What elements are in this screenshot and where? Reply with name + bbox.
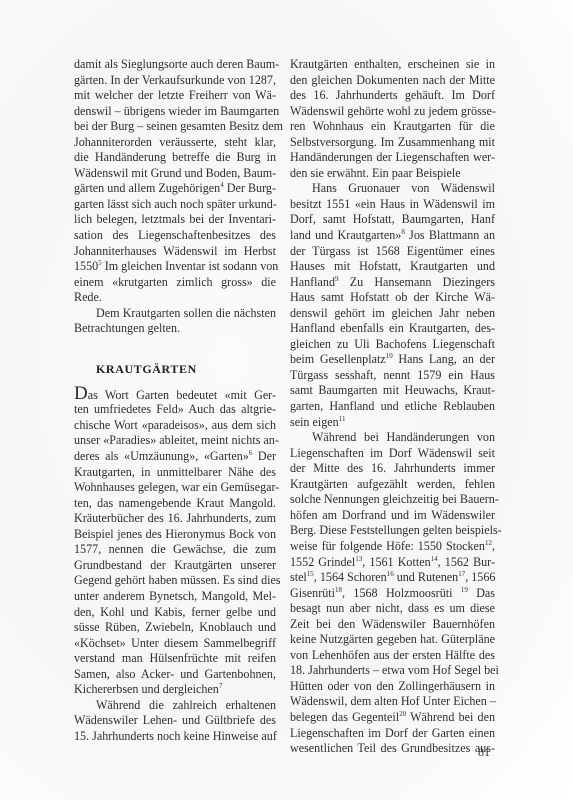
text-line: besagt nun aber nicht, dass es um diese bbox=[290, 601, 495, 617]
text-line: Hauses mit Hofstatt, Krautgarten und bbox=[290, 259, 495, 275]
text: und Rutenen bbox=[394, 570, 459, 584]
text-line: Johanniterhauses Wädenswil im Herbst bbox=[74, 244, 276, 260]
text-line: garten, Hanfland und etliche Reblauben bbox=[290, 399, 495, 415]
text-line: solche Nennungen gleichzeitig bei Bauern… bbox=[290, 492, 495, 508]
text: Wädenswil, dem alten Hof Unter Eichen – bbox=[290, 694, 496, 708]
text-line: Wohnhauses gelegen, war ein Gemüsegar- bbox=[74, 480, 276, 496]
text: Der Burg- bbox=[224, 181, 276, 195]
text: denswil gehört im gleichen Jahr neben bbox=[290, 306, 495, 320]
footnote-ref: 14 bbox=[431, 555, 438, 563]
text-line: Zeit bei den Wädenswiler Bauernhöfen bbox=[290, 617, 495, 633]
text-line: verstand man Hülsenfrüchte mit reifen bbox=[74, 651, 276, 667]
text: gärten und allem Zugehörigen bbox=[74, 181, 220, 195]
text: keine Nutzgärten gegeben hat. Güterpläne bbox=[290, 632, 495, 646]
text: Hans Lang, an der bbox=[393, 352, 495, 366]
footnote-ref: 18 bbox=[335, 586, 342, 594]
text: Kichererbsen und dergleichen bbox=[74, 682, 219, 696]
text: Zu Hansemann Diezingers bbox=[339, 275, 496, 289]
text-line: gleichen zu Uli Bachofens Liegenschaft bbox=[290, 337, 495, 353]
left-column: damit als Sieglungsorte auch deren Baum-… bbox=[74, 57, 276, 744]
text-line: 18. Jahrhunderts – etwa vom Hof Segel be… bbox=[290, 663, 495, 679]
text-line: sation des Liegenschaftenbesitzes des bbox=[74, 228, 276, 244]
footnote-ref: 12 bbox=[485, 539, 492, 547]
text-line: Wädenswil, dem alten Hof Unter Eichen – bbox=[290, 694, 495, 710]
text: , 1561 Kotten bbox=[362, 555, 430, 569]
text-line: Handänderungen der Liegenschaften wer- bbox=[290, 150, 495, 166]
text: des 16. Jahrhunderts gehäuft. Im Dorf bbox=[290, 88, 495, 102]
text: weise für folgende Höfe: 1550 Stocken bbox=[290, 539, 485, 553]
section-heading: KRAUTGÄRTEN bbox=[74, 359, 276, 379]
text-line: ten, das namengebende Kraut Mangold. bbox=[74, 496, 276, 512]
text-line: 15. Jahrhunderts noch keine Hinweise auf bbox=[74, 729, 276, 745]
text-line: unser «Paradies» ableitet, meint nichts … bbox=[74, 433, 276, 449]
text-line: Selbstversorgung. Im Zusammenhang mit bbox=[290, 135, 495, 151]
text-line: keine Nutzgärten gegeben hat. Güterpläne bbox=[290, 632, 495, 648]
text-line: besitzt 1551 «ein Haus in Wädenswil im bbox=[290, 197, 495, 213]
text: Das bbox=[468, 586, 495, 600]
text-line: Während bei Handänderungen von bbox=[290, 430, 495, 446]
text-line: Gegend gehört haben müssen. Es sind dies bbox=[74, 573, 276, 589]
text-line: unter anderem Bynetsch, Mangold, Mel- bbox=[74, 589, 276, 605]
text-line: Gisenrüti18, 1568 Holzmoosrüti 19 Das bbox=[290, 586, 495, 602]
text-line: Das Wort Garten bedeutet «mit Ger- bbox=[74, 387, 276, 403]
footnote-ref: 15 bbox=[307, 570, 314, 578]
text: gleichen zu Uli Bachofens Liegenschaft bbox=[290, 337, 495, 351]
text-line: wesentlichen Teil des Grundbesitzes aus- bbox=[290, 741, 495, 757]
text-line: «Köchset» Unter diesem Sammelbegriff bbox=[74, 636, 276, 652]
text: sein eigen bbox=[290, 415, 339, 429]
text-line: sein eigen11 bbox=[290, 415, 495, 431]
text: as Wort Garten bedeutet «mit Ger- bbox=[88, 388, 276, 402]
spacer bbox=[74, 337, 276, 359]
text: Berg. Diese Feststellungen gelten beispi… bbox=[290, 523, 502, 537]
text-line: der Türgass ist 1568 Eigentümer eines bbox=[290, 244, 495, 260]
text: Hans Gruonauer von Wädenswil bbox=[312, 181, 495, 195]
text-line: einem «krutgarten zimlich gross» die bbox=[74, 275, 276, 291]
spacer bbox=[74, 379, 276, 387]
text: Während bei Handänderungen von bbox=[312, 430, 495, 444]
text-line: Haus samt Hofstatt ob der Kirche Wä- bbox=[290, 290, 495, 306]
text-line: ten umfriedetes Feld» Auch das altgrie- bbox=[74, 402, 276, 418]
text-line: Während die zahlreich erhaltenen bbox=[74, 698, 276, 714]
text-line: höfen am Dorfrand und im Wädenswiler bbox=[290, 508, 495, 524]
text-line: gärten und allem Zugehörigen4 Der Burg- bbox=[74, 181, 276, 197]
footnote-ref: 11 bbox=[339, 415, 346, 423]
text: , 1566 bbox=[465, 570, 495, 584]
text: Hütten oder von den Zollingerhäusern in bbox=[290, 679, 495, 693]
text: den sie erwähnt. Ein paar Beispiele bbox=[290, 166, 461, 180]
text: , 1562 Bur- bbox=[438, 555, 495, 569]
text: Handänderungen der Liegenschaften wer- bbox=[290, 150, 495, 164]
text: Im gleichen Inventar ist sodann von bbox=[102, 259, 279, 273]
text-line: Hanfland ebenfalls ein Krautgarten, des- bbox=[290, 321, 495, 337]
text-line: den sie erwähnt. Ein paar Beispiele bbox=[290, 166, 495, 182]
text: Jos Blattmann an bbox=[405, 228, 495, 242]
text-line: süsse Rüben, Zwiebeln, Knoblauch und bbox=[74, 620, 276, 636]
text-line: 15505 Im gleichen Inventar ist sodann vo… bbox=[74, 259, 276, 275]
text: ren Wohnhaus ein Krautgarten für die bbox=[290, 119, 495, 133]
text-line: Krautgärten aufgezählt werden, fehlen bbox=[290, 477, 495, 493]
text-line: Grundbestand der Krautgärten unserer bbox=[74, 558, 276, 574]
text: Hanfland ebenfalls ein Krautgarten, des- bbox=[290, 321, 495, 335]
text-line: weise für folgende Höfe: 1550 Stocken12, bbox=[290, 539, 495, 555]
text: Gisenrüti bbox=[290, 586, 335, 600]
text: Hanfland bbox=[290, 275, 335, 289]
text: beim Gesellenplatz bbox=[290, 352, 386, 366]
right-column: Krautgärten enthalten, erscheinen sie in… bbox=[290, 57, 495, 757]
text: der Türgass ist 1568 Eigentümer eines bbox=[290, 244, 495, 258]
text-line: gärten. In der Verkaufsurkunde von 1287, bbox=[74, 73, 276, 89]
text: Selbstversorgung. Im Zusammenhang mit bbox=[290, 135, 495, 149]
text: von Lehenhöfen aus der ersten Hälfte des bbox=[290, 648, 495, 662]
page-number: 81 bbox=[478, 745, 490, 760]
text: Dorf, samt Hofstatt, Baumgarten, Hanf bbox=[290, 212, 495, 226]
text: Liegenschaften im Dorf Wädenswil seit bbox=[290, 446, 495, 460]
text-line: Türgass sesshaft, nennt 1579 ein Haus bbox=[290, 368, 495, 384]
text-line: Dorf, samt Hofstatt, Baumgarten, Hanf bbox=[290, 212, 495, 228]
text-line: beim Gesellenplatz10 Hans Lang, an der bbox=[290, 352, 495, 368]
text: Der bbox=[252, 449, 276, 463]
text-line: Wädenswil mit Grund und Boden, Baum- bbox=[74, 166, 276, 182]
text: land und Krautgarten» bbox=[290, 228, 401, 242]
footnote-ref: 16 bbox=[387, 570, 394, 578]
text: den gleichen Dokumenten nach der Mitte bbox=[290, 73, 495, 87]
text-line: den gleichen Dokumenten nach der Mitte bbox=[290, 73, 495, 89]
text: Liegenschaften im Dorf der Garten einen bbox=[290, 726, 495, 740]
text: besagt nun aber nicht, dass es um diese bbox=[290, 601, 495, 615]
text-line: garten lässt sich auch noch später urkun… bbox=[74, 197, 276, 213]
text: Hauses mit Hofstatt, Krautgarten und bbox=[290, 259, 495, 273]
text-line: Rede. bbox=[74, 290, 276, 306]
text-line: Wädenswiler Lehen- und Gültbriefe des bbox=[74, 713, 276, 729]
text: wesentlichen Teil des Grundbesitzes aus- bbox=[290, 741, 495, 755]
text-line: der Mitte des 16. Jahrhunderts immer bbox=[290, 461, 495, 477]
text-line: Hütten oder von den Zollingerhäusern in bbox=[290, 679, 495, 695]
text: belegen das Gegenteil bbox=[290, 710, 399, 724]
text: samt Baumgarten mit Heuwachs, Kraut- bbox=[290, 383, 495, 397]
text-line: mit welcher der letzte Freiherr von Wä- bbox=[74, 88, 276, 104]
text: 1552 Grindel bbox=[290, 555, 355, 569]
drop-cap: D bbox=[74, 383, 88, 404]
text-line: Hans Gruonauer von Wädenswil bbox=[290, 181, 495, 197]
text: höfen am Dorfrand und im Wädenswiler bbox=[290, 508, 495, 522]
text-line: Krautgarten, in unmittelbarer Nähe des bbox=[74, 465, 276, 481]
text-line: land und Krautgarten»8 Jos Blattmann an bbox=[290, 228, 495, 244]
text: 18. Jahrhunderts – etwa vom Hof Segel be… bbox=[290, 663, 499, 677]
book-page: damit als Sieglungsorte auch deren Baum-… bbox=[0, 0, 573, 800]
text: Krautgärten aufgezählt werden, fehlen bbox=[290, 477, 495, 491]
text: Krautgärten enthalten, erscheinen sie in bbox=[290, 57, 495, 71]
text: solche Nennungen gleichzeitig bei Bauern… bbox=[290, 492, 499, 506]
text-line: Kichererbsen und dergleichen7 bbox=[74, 682, 276, 698]
text: , bbox=[492, 539, 495, 553]
text-line: des 16. Jahrhunderts gehäuft. Im Dorf bbox=[290, 88, 495, 104]
text: , 1568 Holzmoosrüti bbox=[342, 586, 461, 600]
text-line: die Handänderung betreffe die Burg in bbox=[74, 150, 276, 166]
text-line: denswil – übrigens wieder im Baumgarten bbox=[74, 104, 276, 120]
text-line: belegen das Gegenteil20 Während bei den bbox=[290, 710, 495, 726]
text-line: den, Kohl und Kabis, ferner gelbe und bbox=[74, 605, 276, 621]
text-line: Liegenschaften im Dorf Wädenswil seit bbox=[290, 446, 495, 462]
text: Wädenswil gehörte wohl zu jedem grösse- bbox=[290, 104, 496, 118]
text: 1550 bbox=[74, 259, 98, 273]
text-line: lich belegen, letztmals bei der Inventar… bbox=[74, 212, 276, 228]
text: garten, Hanfland und etliche Reblauben bbox=[290, 399, 495, 413]
footnote-ref: 19 bbox=[461, 586, 468, 594]
text-line: Kräuterbücher des 16. Jahrhunderts, zum bbox=[74, 511, 276, 527]
text-line: Beispiel jenes des Hieronymus Bock von bbox=[74, 527, 276, 543]
text-line: von Lehenhöfen aus der ersten Hälfte des bbox=[290, 648, 495, 664]
text: Türgass sesshaft, nennt 1579 ein Haus bbox=[290, 368, 495, 382]
text: Haus samt Hofstatt ob der Kirche Wä- bbox=[290, 290, 495, 304]
text-line: 1552 Grindel13, 1561 Kotten14, 1562 Bur- bbox=[290, 555, 495, 571]
text-line: bei der Burg – seinen gesamten Besitz de… bbox=[74, 119, 276, 135]
text-line: Johanniterorden veräusserte, steht klar, bbox=[74, 135, 276, 151]
text-line: 1577, nennen die Gewächse, die zum bbox=[74, 542, 276, 558]
text-line: Wädenswil gehörte wohl zu jedem grösse- bbox=[290, 104, 495, 120]
text-line: ren Wohnhaus ein Krautgarten für die bbox=[290, 119, 495, 135]
text: Zeit bei den Wädenswiler Bauernhöfen bbox=[290, 617, 495, 631]
text-line: Samen, also Acker- und Gartenbohnen, bbox=[74, 667, 276, 683]
text: stel bbox=[290, 570, 307, 584]
footnote-ref: 7 bbox=[219, 682, 223, 690]
text-line: damit als Sieglungsorte auch deren Baum- bbox=[74, 57, 276, 73]
text: , 1564 Schoren bbox=[314, 570, 387, 584]
text-line: chische Wort «paradeisos», aus dem sich bbox=[74, 418, 276, 434]
text-line: Liegenschaften im Dorf der Garten einen bbox=[290, 726, 495, 742]
text: der Mitte des 16. Jahrhunderts immer bbox=[290, 461, 495, 475]
text: deres als «Umzäunung», «Garten» bbox=[74, 449, 249, 463]
text-line: Betrachtungen gelten. bbox=[74, 321, 276, 337]
text-line: Hanfland9 Zu Hansemann Diezingers bbox=[290, 275, 495, 291]
text: besitzt 1551 «ein Haus in Wädenswil im bbox=[290, 197, 495, 211]
text-line: Krautgärten enthalten, erscheinen sie in bbox=[290, 57, 495, 73]
text-line: samt Baumgarten mit Heuwachs, Kraut- bbox=[290, 383, 495, 399]
footnote-ref: 10 bbox=[386, 352, 393, 360]
text: Während bei den bbox=[406, 710, 495, 724]
text-line: Dem Krautgarten sollen die nächsten bbox=[74, 306, 276, 322]
text-line: Berg. Diese Feststellungen gelten beispi… bbox=[290, 523, 495, 539]
text-line: denswil gehört im gleichen Jahr neben bbox=[290, 306, 495, 322]
text-line: deres als «Umzäunung», «Garten»6 Der bbox=[74, 449, 276, 465]
text-line: stel15, 1564 Schoren16 und Rutenen17, 15… bbox=[290, 570, 495, 586]
